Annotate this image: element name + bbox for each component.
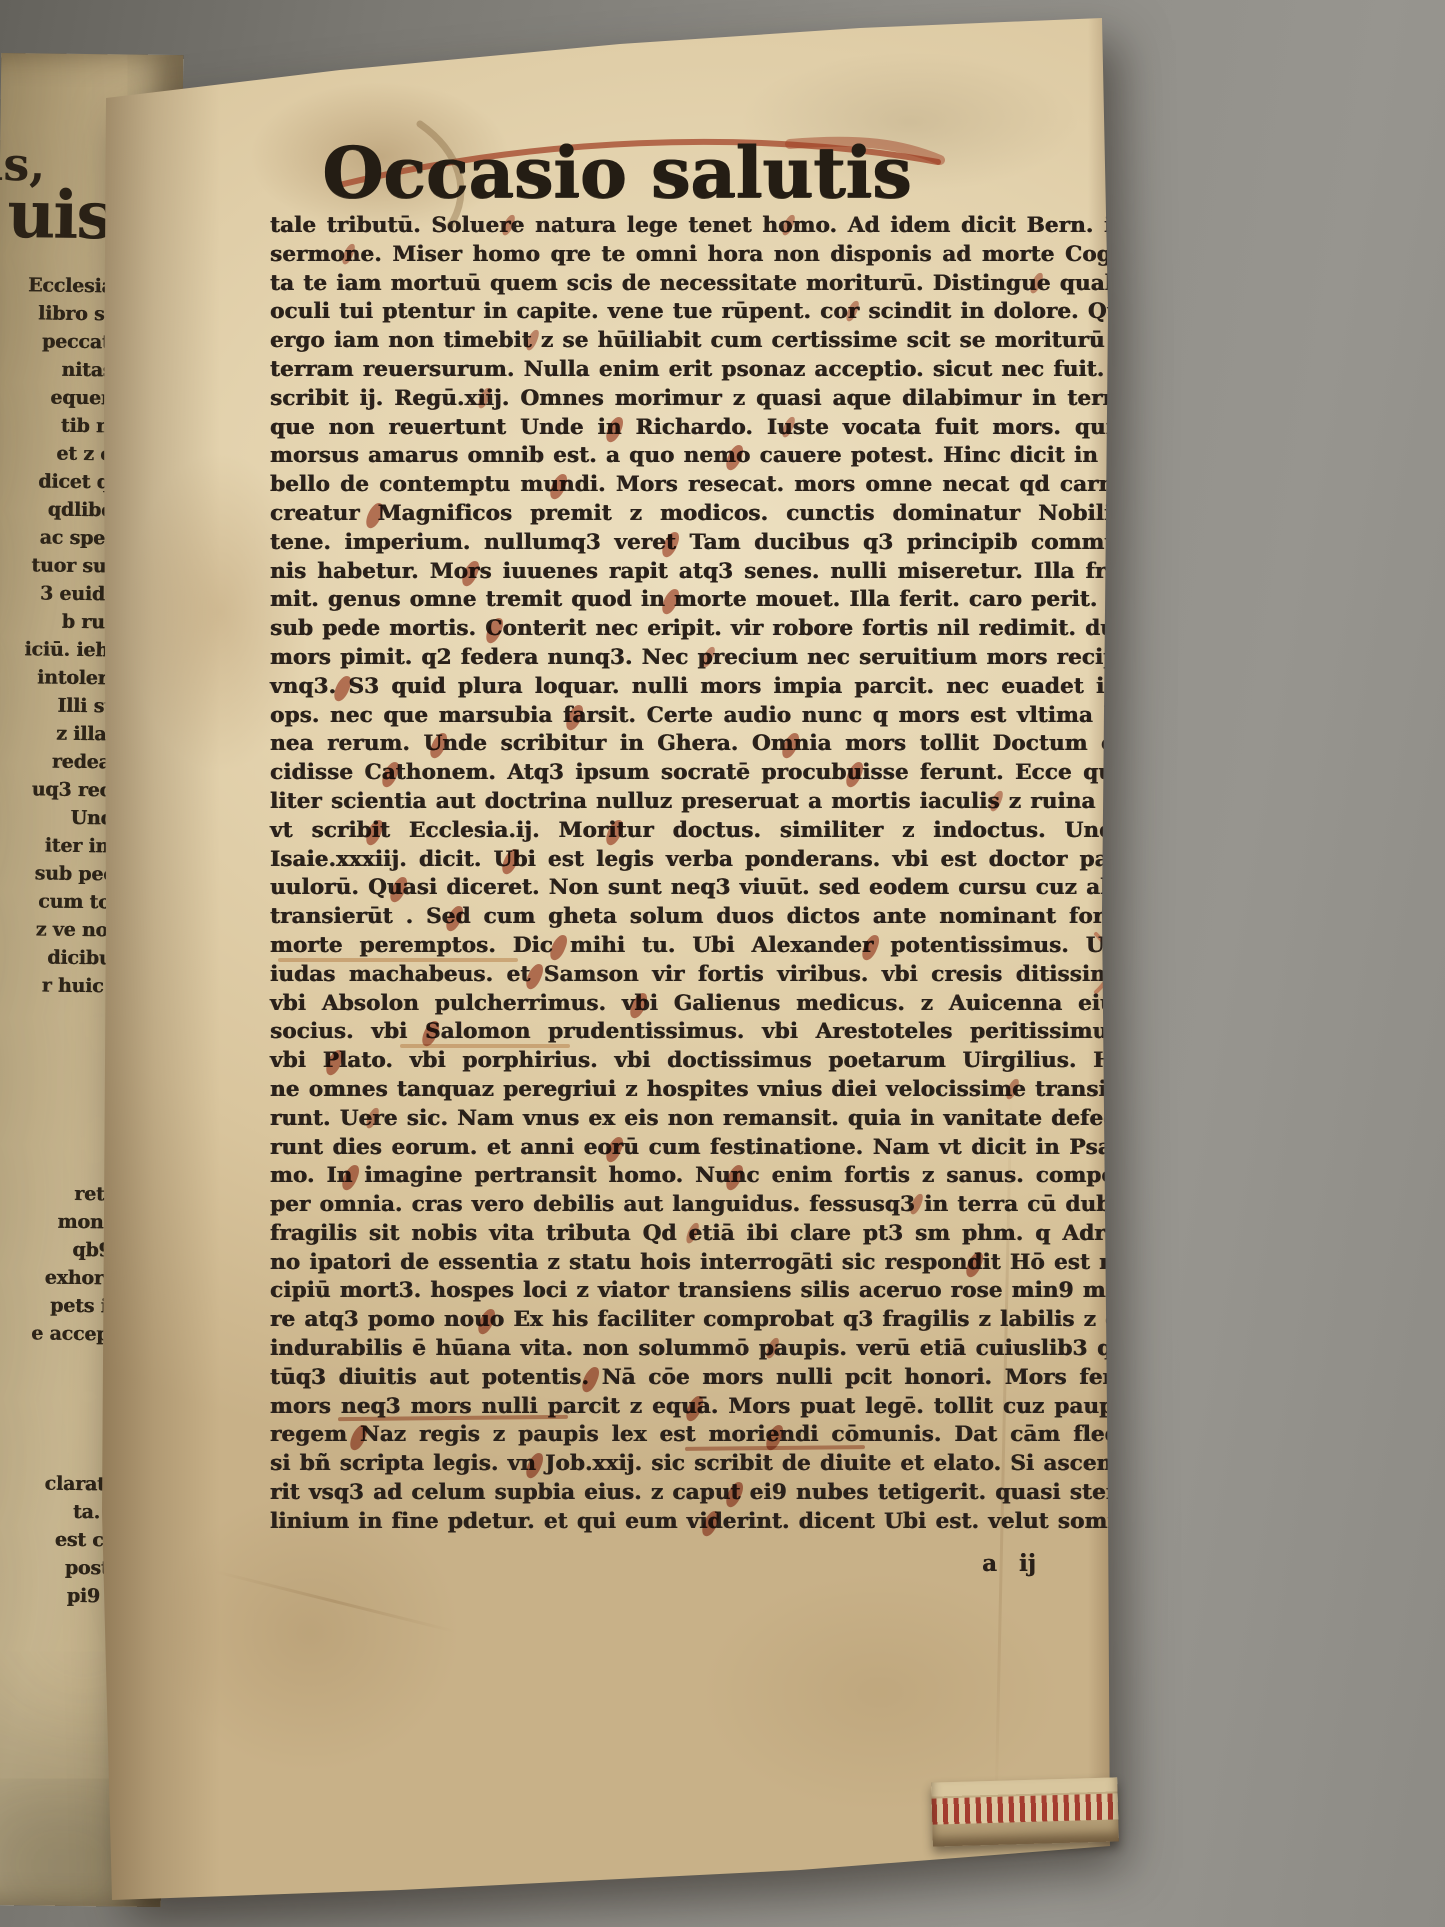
text-line-25: transierūt . Sed cum gheta solum duos di… [270,903,1128,932]
text-line-39: re atq3 pomo nouo Ex his faciliter compr… [270,1306,1128,1335]
text-line-23: Isaie.xxxiij. dicit. Ubi est legis verba… [270,846,1128,875]
tan-underline [400,1044,570,1048]
text-line-22: vt scribit Ecclesia.ij. Moritur doctus. … [270,817,1128,846]
book-page: Occasio salutis tale tributū. Soluere na… [100,12,1114,1910]
text-line-6: terram reuersurum. Nulla enim erit psona… [270,356,1128,385]
text-line-19: nea rerum. Unde scribitur in Ghera. Omni… [270,730,1128,759]
text-line-35: per omnia. cras vero debilis aut languid… [270,1191,1128,1220]
text-line-16: mors pimit. q2 federa nunq3. Nec precium… [270,644,1128,673]
text-line-17: vnq3. S3 quid plura loquar. nulli mors i… [270,673,1128,702]
text-line-37: no ipatori de essentia z statu hois inte… [270,1249,1128,1278]
text-line-20: cidisse Cathonem. Atq3 ipsum socratē pro… [270,759,1128,788]
text-line-3: ta te iam mortuū quem scis de necessitat… [270,270,1128,299]
text-line-4: oculi tui ptentur in capite. vene tue rū… [270,298,1128,327]
text-line-21: liter scientia aut doctrina nulluz prese… [270,788,1128,817]
text-line-45: rit vsq3 ad celum supbia eius. z caput e… [270,1479,1128,1508]
text-line-2: sermone. Miser homo qre te omni hora non… [270,241,1128,270]
text-line-36: fragilis sit nobis vita tributa Qd etiā … [270,1220,1128,1249]
fore-edge-leaves [931,1777,1119,1846]
text-line-46: linium in fine pdetur. et qui eum videri… [270,1508,1128,1537]
text-line-13: nis habetur. Mors iuuenes rapit atq3 sen… [270,558,1128,587]
text-line-40: indurabilis ē hūana vita. non solummō pa… [270,1335,1128,1364]
text-line-29: socius. vbi Salomon prudentissimus. vbi … [270,1018,1128,1047]
text-line-28: vbi Absolon pulcherrimus. vbi Galienus m… [270,990,1128,1019]
text-line-38: cipiū mort3. hospes loci z viator transi… [270,1277,1128,1306]
text-line-5: ergo iam non timebit z se hūiliabit cum … [270,327,1128,356]
text-line-27: iudas machabeus. et Samson vir fortis vi… [270,961,1128,990]
text-line-12: tene. imperium. nullumq3 veret Tam ducib… [270,529,1128,558]
text-line-18: ops. nec que marsubia farsit. Certe audi… [270,702,1128,731]
text-line-41: tūq3 diuitis aut potentis. Nā cōe mors n… [270,1364,1128,1393]
text-line-32: runt. Uere sic. Nam vnus ex eis non rema… [270,1105,1128,1134]
tan-underline [278,958,518,962]
text-line-31: ne omnes tanquaz peregriui z hospites vn… [270,1076,1128,1105]
photo-scene: is, uissi Ecclesiastici.libro suaruzpecc… [0,0,1445,1927]
book-page-wrap: Occasio salutis tale tributū. Soluere na… [100,12,1114,1912]
text-line-7: scribit ij. Regū.xiij. Omnes morimur z q… [270,385,1128,414]
text-line-11: creatur Magnificos premit z modicos. cun… [270,500,1128,529]
text-line-14: mit. genus omne tremit quod in morte mou… [270,586,1128,615]
text-line-8: que non reuertunt Unde in Richardo. Iust… [270,414,1128,443]
text-line-15: sub pede mortis. Conterit nec eripit. vi… [270,615,1128,644]
gutter-shadow [100,12,220,1910]
text-line-10: bello de contemptu mundi. Mors resecat. … [270,471,1128,500]
page-title: Occasio salutis [322,136,911,210]
text-block: tale tributū. Soluere natura lege tenet … [270,212,1128,1537]
text-line-44: si bñ scripta legis. vn Job.xxij. sic sc… [270,1450,1128,1479]
text-line-9: morsus amarus omnib est. a quo nemo caue… [270,442,1128,471]
text-line-30: vbi Plato. vbi porphirius. vbi doctissim… [270,1047,1128,1076]
paper-crease [213,1570,456,1633]
paper-stain [700,1572,1060,1812]
text-line-1: tale tributū. Soluere natura lege tenet … [270,212,1128,241]
text-line-26: morte peremptos. Dic mihi tu. Ubi Alexan… [270,932,1128,961]
text-line-34: mo. In imagine pertransit homo. Nunc eni… [270,1162,1128,1191]
quire-signature: a ij [982,1552,1036,1575]
text-line-24: uulorū. Quasi diceret. Non sunt neq3 viu… [270,874,1128,903]
text-line-33: runt dies eorum. et anni eorū cum festin… [270,1134,1128,1163]
